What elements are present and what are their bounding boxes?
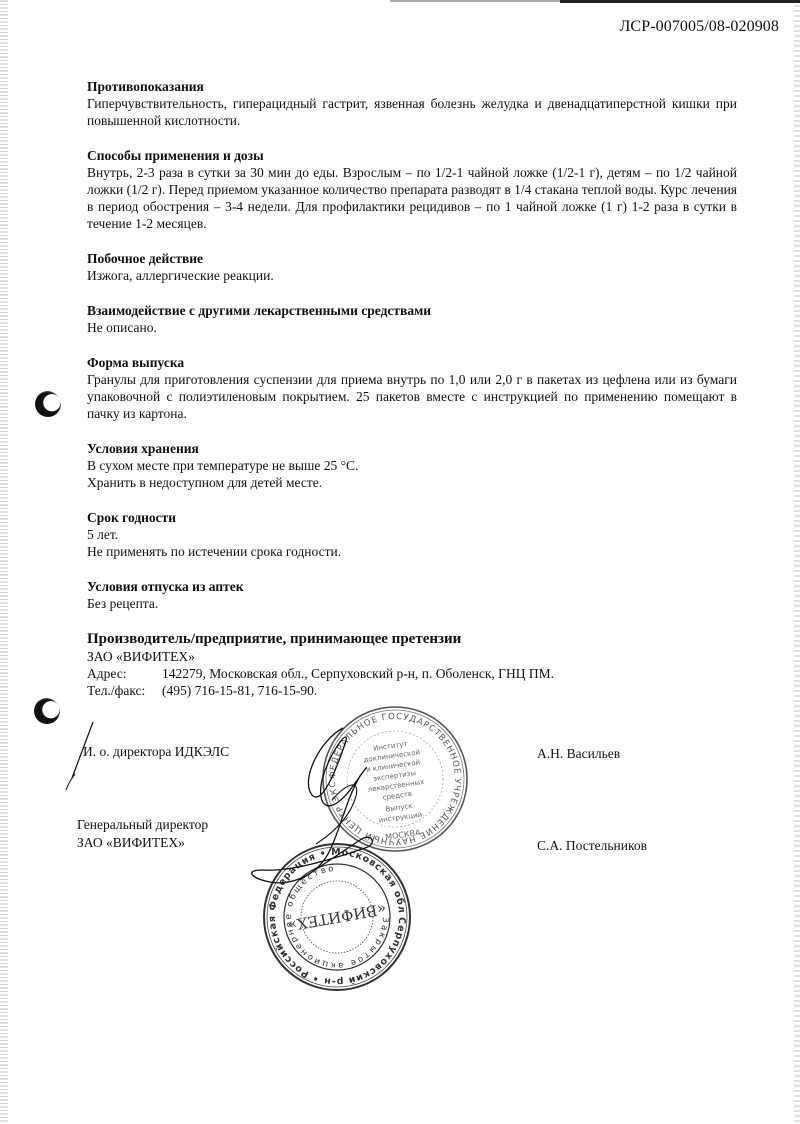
- section-text: Гранулы для приготовления суспензии для …: [87, 371, 737, 422]
- signatory-title-2: Генеральный директор ЗАО «ВИФИТЕХ»: [77, 816, 208, 852]
- section-manufacturer: Производитель/предприятие, принимающее п…: [87, 630, 737, 699]
- address-label: Адрес:: [87, 665, 162, 682]
- section-text: Не описано.: [87, 319, 737, 336]
- signatory-title-2-line2: ЗАО «ВИФИТЕХ»: [77, 834, 208, 852]
- institute-stamp: ФЕДЕРАЛЬНОЕ ГОСУДАРСТВЕННОЕ УЧРЕЖДЕНИЕ Н…: [320, 704, 470, 854]
- svg-text:средств: средств: [382, 790, 412, 802]
- document-body: Противопоказания Гиперчувствительность, …: [87, 78, 737, 717]
- section-text: В сухом месте при температуре не выше 25…: [87, 457, 737, 474]
- section-title: Условия хранения: [87, 440, 737, 457]
- section-title: Условия отпуска из аптек: [87, 578, 737, 595]
- signatory-name-2: С.А. Постельников: [537, 838, 647, 854]
- section-dispensing: Условия отпуска из аптек Без рецепта.: [87, 578, 737, 612]
- section-title: Производитель/предприятие, принимающее п…: [87, 630, 737, 648]
- company-stamp: Серпуховский р-н • Российская Федерация …: [262, 842, 412, 992]
- signatory-title-2-line1: Генеральный директор: [77, 816, 208, 834]
- signatory-title-1: И. о. директора ИДКЭЛС: [83, 744, 229, 760]
- section-storage: Условия хранения В сухом месте при темпе…: [87, 440, 737, 491]
- section-dosage: Способы применения и дозы Внутрь, 2-3 ра…: [87, 147, 737, 232]
- section-text: Хранить в недоступном для детей месте.: [87, 474, 737, 491]
- section-title: Побочное действие: [87, 250, 737, 267]
- stamp-center-text: «ВИФИТЕХ»: [286, 899, 387, 934]
- address-value: 142279, Московская обл., Серпуховский р-…: [162, 665, 554, 682]
- phone-value: (495) 716-15-81, 716-15-90.: [162, 682, 317, 699]
- registration-number: ЛСР-007005/08-020908: [619, 18, 779, 36]
- section-title: Взаимодействие с другими лекарственными …: [87, 302, 737, 319]
- section-text: Не применять по истечении срока годности…: [87, 543, 737, 560]
- section-text: 5 лет.: [87, 526, 737, 543]
- scan-top-shadow: [390, 0, 560, 2]
- section-text: Без рецепта.: [87, 595, 737, 612]
- signatory-name-1: А.Н. Васильев: [537, 746, 620, 762]
- section-title: Способы применения и дозы: [87, 147, 737, 164]
- hole-punch-mark-upper: [35, 391, 61, 417]
- company-name: ЗАО «ВИФИТЕХ»: [87, 648, 737, 665]
- phone-row: Тел./факс: (495) 716-15-81, 716-15-90.: [87, 682, 737, 699]
- section-side-effects: Побочное действие Изжога, аллергические …: [87, 250, 737, 284]
- phone-label: Тел./факс:: [87, 682, 162, 699]
- svg-text:инструкций: инструкций: [378, 811, 422, 825]
- section-text: Внутрь, 2-3 раза в сутки за 30 мин до ед…: [87, 164, 737, 232]
- section-interactions: Взаимодействие с другими лекарственными …: [87, 302, 737, 336]
- section-contraindications: Противопоказания Гиперчувствительность, …: [87, 78, 737, 129]
- address-row: Адрес: 142279, Московская обл., Серпухов…: [87, 665, 737, 682]
- section-title: Форма выпуска: [87, 354, 737, 371]
- section-title: Противопоказания: [87, 78, 737, 95]
- section-title: Срок годности: [87, 509, 737, 526]
- signature-block: И. о. директора ИДКЭЛС А.Н. Васильев Ген…: [0, 720, 800, 980]
- scan-top-edge: [560, 0, 800, 3]
- section-text: Изжога, аллергические реакции.: [87, 267, 737, 284]
- section-release-form: Форма выпуска Гранулы для приготовления …: [87, 354, 737, 422]
- section-shelf-life: Срок годности 5 лет. Не применять по ист…: [87, 509, 737, 560]
- section-text: Гиперчувствительность, гиперацидный гаст…: [87, 95, 737, 129]
